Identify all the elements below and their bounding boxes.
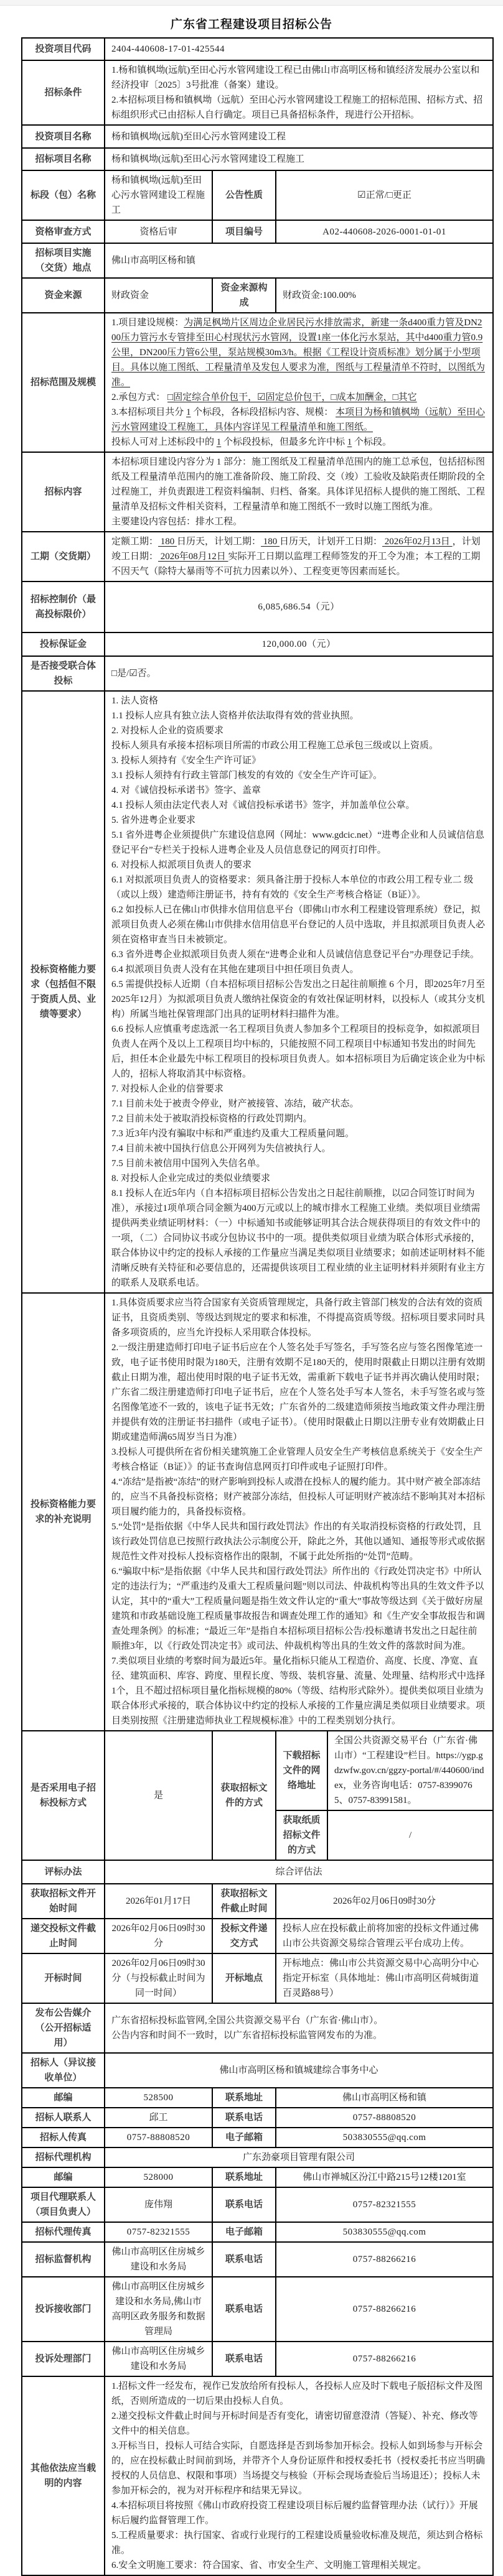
top-strip xyxy=(0,0,503,6)
complaint-handle-label: 投诉处理部门 xyxy=(22,2342,105,2376)
row-tender-name: 招标项目名称 杨和镇枫坳(远航)至田心污水管网建设工程施工 xyxy=(22,148,493,170)
submit-method-label: 投标文件递交方式 xyxy=(212,1919,276,1953)
qualification-notes-value: 1.具体资质要求应当符合国家有关资质管理规定，具备行政主管部门核发的合法有效的资… xyxy=(105,1293,493,1731)
row-tenderee-contact: 招标人联系人 邱工 联系电话 0757-88808520 xyxy=(22,2108,493,2128)
row-qualification-review: 资格审查方式 资格后审 项目编号 A02-440608-2026-0001-01… xyxy=(22,220,493,243)
row-agency-zip: 邮编 528000 联系地址 佛山市禅城区汾江中路215号12楼1201室 xyxy=(22,2167,493,2187)
tenderee-email-value: 503830555@qq.com xyxy=(276,2128,493,2147)
complaint-receive-label: 投诉接收部门 xyxy=(22,2277,105,2342)
row-doc-time: 获取招标文件开始时间 2026年01月17日 获取招标文件截止时间 2026年0… xyxy=(22,1884,493,1919)
agency-zip-value: 528000 xyxy=(105,2167,212,2187)
row-location: 招标项目实施（交货）地点 佛山市高明区杨和镇 xyxy=(22,243,493,278)
row-content: 招标内容 本招标项目建设内容分为 1 部分：施工图纸及工程量清单范围内的施工总承… xyxy=(22,452,493,532)
project-number-value: A02-440608-2026-0001-01-01 xyxy=(276,220,493,243)
tenderee-address-value: 佛山市高明区杨和镇 xyxy=(276,2088,493,2108)
tenderee-address-label: 联系地址 xyxy=(212,2088,276,2108)
other-value: 1.招标文件一经发布，视作已发放给所有投标人，各投标人应及时下载电子版招标文件及… xyxy=(105,2376,493,2575)
evaluation-value: 综合评估法 xyxy=(105,1860,493,1884)
row-investment-code: 投资项目代码 2404-440608-17-01-425544 xyxy=(22,38,493,60)
consortium-label: 是否接受联合体投标 xyxy=(22,656,105,691)
other-label: 其他依法应当载明的内容 xyxy=(22,2376,105,2575)
row-qualification-notes: 投标资格能力要求的补充说明 1.具体资质要求应当符合国家有关资质管理规定，具备行… xyxy=(22,1293,493,1731)
row-bid-bond: 投标保证金 120,000.00（元） xyxy=(22,632,493,656)
row-tenderee-zip: 邮编 528500 联系地址 佛山市高明区杨和镇 xyxy=(22,2088,493,2108)
notice-nature-value: ☑正常/□更正 xyxy=(276,170,493,220)
row-tender-conditions: 招标条件 1.杨和镇枫坳(远航)至田心污水管网建设工程已由佛山市高明区杨和镇经济… xyxy=(22,60,493,125)
row-tenderee-fax: 招标人传真 0757-88808520 电子邮箱 503830555@qq.co… xyxy=(22,2128,493,2147)
section-name-value: 杨和镇枫坳(远航)至田心污水管网建设工程施工 xyxy=(105,170,212,220)
tenderee-value: 佛山市高明区杨和镇城建综合事务中心 xyxy=(105,2053,493,2088)
scope-label: 招标范围及规模 xyxy=(22,313,105,452)
tenderee-tel-value: 0757-88808520 xyxy=(276,2108,493,2128)
paper-doc-label: 获取纸质招标文件的方式 xyxy=(276,1810,327,1860)
content-value: 本招标项目建设内容分为 1 部分：施工图纸及工程量清单范围内的施工总承包，包括招… xyxy=(105,452,493,532)
qualification-review-value: 资格后审 xyxy=(105,220,212,243)
tenderee-contact-label: 招标人联系人 xyxy=(22,2108,105,2128)
control-price-label: 招标控制价（最高投标限价） xyxy=(22,581,105,632)
row-tenderee: 招标人（异议接收单位） 佛山市高明区杨和镇城建综合事务中心 xyxy=(22,2053,493,2088)
doc-start-time-label: 获取招标文件开始时间 xyxy=(22,1884,105,1919)
row-complaint-receive: 投诉接收部门 佛山市高明区住房城乡建设和水务局,佛山市高明区政务服务和数据管理局… xyxy=(22,2277,493,2342)
tender-conditions-label: 招标条件 xyxy=(22,60,105,125)
download-address-value: 全国公共资源交易平台（广东省·佛山市）“工程建设”栏目。https://ygp.… xyxy=(327,1731,493,1810)
row-complaint-handle: 投诉处理部门 佛山市高明区住房城乡建设和水务局 联系电话 0757-882662… xyxy=(22,2342,493,2376)
tenderee-contact-value: 邱工 xyxy=(105,2108,212,2128)
download-address-label: 下载招标文件的网络地址 xyxy=(276,1731,327,1810)
row-investment-name: 投资项目名称 杨和镇枫坳(远航)至田心污水管网建设工程 xyxy=(22,125,493,148)
row-consortium: 是否接受联合体投标 □是/☑否。 xyxy=(22,656,493,691)
row-agency-fax: 招标代理传真 0757-82321555 电子邮箱 503830555@qq.c… xyxy=(22,2222,493,2242)
supervisor-value: 佛山市高明区住房城乡建设和水务局 xyxy=(105,2242,212,2277)
tenderee-tel-label: 联系电话 xyxy=(212,2108,276,2128)
row-section-name: 标段（包）名称 杨和镇枫坳(远航)至田心污水管网建设工程施工 公告性质 ☑正常/… xyxy=(22,170,493,220)
complaint-handle-tel-value: 0757-88266216 xyxy=(276,2342,493,2376)
agency-zip-label: 邮编 xyxy=(22,2167,105,2187)
tenderee-email-label: 电子邮箱 xyxy=(212,2128,276,2147)
agency-value: 广东劲豪项目管理有限公司 xyxy=(105,2147,493,2167)
row-opening: 开标时间 2026年02月06日09时30分（与投标截止时间为同一时间） 开标地… xyxy=(22,1953,493,2003)
agency-contact-label: 项目代理联系人（项目负责人） xyxy=(22,2187,105,2222)
complaint-receive-tel-value: 0757-88266216 xyxy=(276,2277,493,2342)
agency-address-value: 佛山市禅城区汾江中路215号12楼1201室 xyxy=(276,2167,493,2187)
evaluation-label: 评标办法 xyxy=(22,1860,105,1884)
opening-place-label: 开标地点 xyxy=(212,1953,276,2003)
agency-contact-value: 庞伟翔 xyxy=(105,2187,212,2222)
agency-email-label: 电子邮箱 xyxy=(212,2222,276,2242)
submit-deadline-label: 递交投标文件截止时间 xyxy=(22,1919,105,1953)
qualification-notes-label: 投标资格能力要求的补充说明 xyxy=(22,1293,105,1731)
complaint-receive-tel-label: 联系电话 xyxy=(212,2277,276,2342)
row-agency-contact: 项目代理联系人（项目负责人） 庞伟翔 联系电话 0757-82321555 xyxy=(22,2187,493,2222)
investment-name-label: 投资项目名称 xyxy=(22,125,105,148)
supervisor-tel-value: 0757-88266216 xyxy=(276,2242,493,2277)
qualification-requirements-label: 投标资格能力要求（包括但不限于资质人员、业绩等要求） xyxy=(22,691,105,1293)
investment-name-value: 杨和镇枫坳(远航)至田心污水管网建设工程 xyxy=(105,125,493,148)
scope-value: 1.项目建设规模：为满足枫坳片区周边企业居民污水排放需求，新建一条d400重力管… xyxy=(105,313,493,452)
agency-tel-value: 0757-82321555 xyxy=(276,2187,493,2222)
location-label: 招标项目实施（交货）地点 xyxy=(22,243,105,278)
row-scope: 招标范围及规模 1.项目建设规模：为满足枫坳片区周边企业居民污水排放需求，新建一… xyxy=(22,313,493,452)
row-duration: 工期（交货期） 定额工期： 180 日历天，计划工期： 180 日历天，计划开工… xyxy=(22,532,493,581)
control-price-value: 6,085,686.54（元） xyxy=(105,581,493,632)
submit-deadline-value: 2026年02月06日09时30分 xyxy=(105,1919,212,1953)
supervisor-label: 招标监督机构 xyxy=(22,2242,105,2277)
agency-fax-label: 招标代理传真 xyxy=(22,2222,105,2242)
tenderee-zip-value: 528500 xyxy=(105,2088,212,2108)
doc-end-time-value: 2026年02月06日09时30分 xyxy=(276,1884,493,1919)
agency-label: 招标代理机构 xyxy=(22,2147,105,2167)
content-label: 招标内容 xyxy=(22,452,105,532)
qualification-requirements-value: 1. 法人资格1.1 投标人应具有独立法人资格并依法取得有效的营业执照。2. 对… xyxy=(105,691,493,1293)
supervisor-tel-label: 联系电话 xyxy=(212,2242,276,2277)
funds-value: 财政资金 xyxy=(105,278,212,313)
tender-name-value: 杨和镇枫坳(远航)至田心污水管网建设工程施工 xyxy=(105,148,493,170)
row-supervisor: 招标监督机构 佛山市高明区住房城乡建设和水务局 联系电话 0757-882662… xyxy=(22,2242,493,2277)
tender-name-label: 招标项目名称 xyxy=(22,148,105,170)
tenderee-zip-label: 邮编 xyxy=(22,2088,105,2108)
duration-label: 工期（交货期） xyxy=(22,532,105,581)
notice-nature-label: 公告性质 xyxy=(212,170,276,220)
row-qualification-requirements: 投标资格能力要求（包括但不限于资质人员、业绩等要求） 1. 法人资格1.1 投标… xyxy=(22,691,493,1293)
duration-value: 定额工期： 180 日历天，计划工期： 180 日历天，计划开工日期： 2026… xyxy=(105,532,493,581)
agency-fax-value: 0757-82321555 xyxy=(105,2222,212,2242)
row-evaluation: 评标办法 综合评估法 xyxy=(22,1860,493,1884)
funds-composition-value: 财政资金:100.00% xyxy=(276,278,493,313)
complaint-handle-tel-label: 联系电话 xyxy=(212,2342,276,2376)
submit-method-value: 投标人应在投标截止前将加密的投标文件通过佛山市公共资源交易综合管理云平台成功上传… xyxy=(276,1919,493,1953)
agency-tel-label: 联系电话 xyxy=(212,2187,276,2222)
media-label: 发布公告媒介（公开招标适用） xyxy=(22,2003,105,2053)
tenderee-fax-value: 0757-88808520 xyxy=(105,2128,212,2147)
opening-place-value: 开标地点：佛山市公共资源交易中心高明分中心指定开标室（具体地址：佛山市高明区荷城… xyxy=(276,1953,493,2003)
investment-code-value: 2404-440608-17-01-425544 xyxy=(105,38,493,60)
row-media: 发布公告媒介（公开招标适用） 广东省招标投标监管网,全国公共资源交易平台（广东省… xyxy=(22,2003,493,2053)
e-tender-label: 是否采用电子招标投标方式 xyxy=(22,1731,105,1860)
bid-bond-label: 投标保证金 xyxy=(22,632,105,656)
tender-conditions-value: 1.杨和镇枫坳(远航)至田心污水管网建设工程已由佛山市高明区杨和镇经济发展办公室… xyxy=(105,60,493,125)
tenderee-fax-label: 招标人传真 xyxy=(22,2128,105,2147)
location-value: 佛山市高明区杨和镇 xyxy=(105,243,493,278)
doc-end-time-label: 获取招标文件截止时间 xyxy=(212,1884,276,1919)
row-submit: 递交投标文件截止时间 2026年02月06日09时30分 投标文件递交方式 投标… xyxy=(22,1919,493,1953)
page-title: 广东省工程建设项目招标公告 xyxy=(0,15,503,32)
row-e-tender: 是否采用电子招标投标方式 是 获取招标文件的方式 下载招标文件的网络地址 全国公… xyxy=(22,1731,493,1810)
row-other: 其他依法应当载明的内容 1.招标文件一经发布，视作已发放给所有投标人，各投标人应… xyxy=(22,2376,493,2575)
qualification-review-label: 资格审查方式 xyxy=(22,220,105,243)
investment-code-label: 投资项目代码 xyxy=(22,38,105,60)
bid-bond-value: 120,000.00（元） xyxy=(105,632,493,656)
paper-doc-value: / xyxy=(327,1810,493,1860)
opening-time-value: 2026年02月06日09时30分（与投标截止时间为同一时间） xyxy=(105,1953,212,2003)
section-name-label: 标段（包）名称 xyxy=(22,170,105,220)
e-tender-value: 是 xyxy=(105,1731,212,1860)
opening-time-label: 开标时间 xyxy=(22,1953,105,2003)
funds-label: 资金来源 xyxy=(22,278,105,313)
row-agency: 招标代理机构 广东劲豪项目管理有限公司 xyxy=(22,2147,493,2167)
tenderee-label: 招标人（异议接收单位） xyxy=(22,2053,105,2088)
media-value: 广东省招标投标监管网,全国公共资源交易平台（广东省·佛山市）。公告内容和时间不一… xyxy=(105,2003,493,2053)
doc-start-time-value: 2026年01月17日 xyxy=(105,1884,212,1919)
project-number-label: 项目编号 xyxy=(212,220,276,243)
doc-obtain-method-label: 获取招标文件的方式 xyxy=(212,1731,276,1860)
row-control-price: 招标控制价（最高投标限价） 6,085,686.54（元） xyxy=(22,581,493,632)
consortium-value: □是/☑否。 xyxy=(105,656,493,691)
tender-announcement-table: 投资项目代码 2404-440608-17-01-425544 招标条件 1.杨… xyxy=(21,37,494,2576)
complaint-handle-value: 佛山市高明区住房城乡建设和水务局 xyxy=(105,2342,212,2376)
complaint-receive-value: 佛山市高明区住房城乡建设和水务局,佛山市高明区政务服务和数据管理局 xyxy=(105,2277,212,2342)
row-funds: 资金来源 财政资金 资金来源构成 财政资金:100.00% xyxy=(22,278,493,313)
funds-composition-label: 资金来源构成 xyxy=(212,278,276,313)
agency-address-label: 联系地址 xyxy=(212,2167,276,2187)
agency-email-value: 503830555@qq.com xyxy=(276,2222,493,2242)
